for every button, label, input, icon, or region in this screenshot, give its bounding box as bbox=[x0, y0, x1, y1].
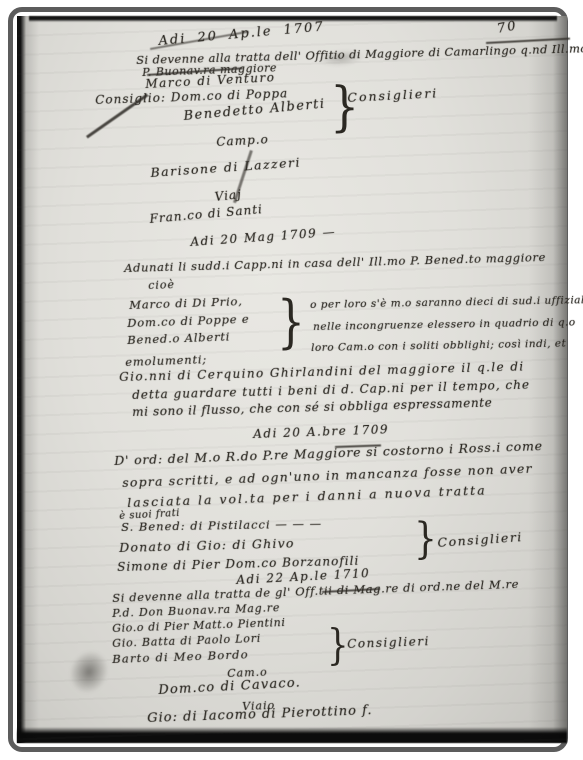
oct-1709-name-1: S. Bened: di Pistilacci — — — bbox=[121, 516, 322, 534]
group-name-1: Marco di Di Prio, bbox=[129, 294, 243, 312]
group-name-4: emolumenti; bbox=[125, 352, 207, 369]
ink-stain-mark bbox=[62, 644, 115, 700]
brace-label-oct-1709: Consiglieri bbox=[437, 529, 523, 550]
grouping-brace-1710: } bbox=[327, 624, 349, 667]
name3-1707: Barisone di Lazzeri bbox=[150, 154, 301, 179]
scanned-manuscript-screenshot: { "document_type": "scanned handwritten … bbox=[0, 0, 583, 760]
date-line-1707: Adi 20 Ap.le 1707 bbox=[158, 19, 325, 48]
name-1710-4: Barto di Meo Bordo bbox=[112, 647, 249, 666]
grouping-brace-1707: } bbox=[330, 80, 359, 133]
group-text-2: nelle incongruenze elessero in quadrio d… bbox=[313, 316, 576, 333]
date-line-oct-1709: Adi 20 A.bre 1709 bbox=[253, 422, 389, 441]
folio-number: 70 bbox=[496, 18, 519, 36]
grouping-brace-oct-1709: } bbox=[414, 518, 437, 561]
group-text-1: o per loro s'è m.o saranno dieci di sud.… bbox=[310, 294, 583, 311]
viaio-1707: Viaj bbox=[214, 187, 242, 204]
group-name-3: Bened.o Alberti bbox=[127, 329, 230, 347]
group-text-3: loro Cam.o con i soliti obblighi; così i… bbox=[311, 338, 566, 354]
opening-line-may-1709: Adunati li sudd.i Capp.ni in casa dell' … bbox=[124, 250, 546, 275]
handwriting-layer: 70 Adi 20 Ap.le 1707 Si devenne alla tra… bbox=[0, 0, 583, 760]
name4-1707: Fran.co di Santi bbox=[149, 202, 263, 226]
date-line-may-1709: Adi 20 Mag 1709 — bbox=[190, 225, 336, 249]
camarlingo-1707: Camp.o bbox=[216, 132, 269, 149]
camarlingo-name-1710: Dom.co di Cavaco. bbox=[158, 676, 301, 698]
grouping-brace-may-1709: } bbox=[277, 294, 305, 351]
brace-label-1710: Consiglieri bbox=[347, 634, 430, 651]
cioe-line: cioè bbox=[148, 278, 175, 292]
closing-line-1710: Gio: di Iacomo di Pierottino f. bbox=[147, 703, 373, 726]
brace-label-1707: Consiglieri bbox=[347, 85, 439, 105]
group-name-2: Dom.co di Poppe e bbox=[127, 312, 250, 330]
oct-1709-name-2: Donato di Gio: di Ghivo bbox=[119, 535, 295, 555]
